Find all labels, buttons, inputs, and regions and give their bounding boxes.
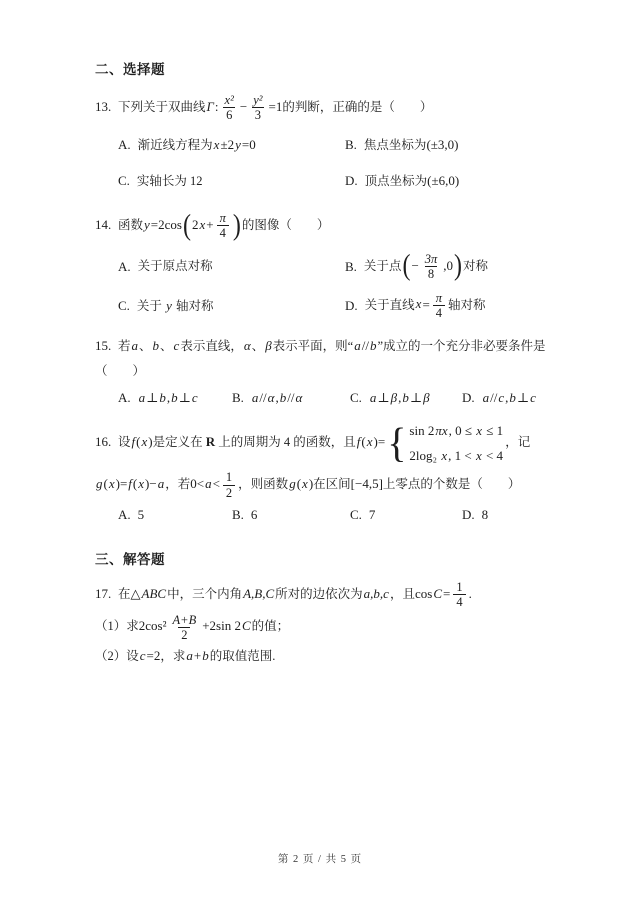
- question-15-number: 15.: [95, 335, 118, 356]
- option-16-B-text: 6: [251, 504, 258, 526]
- question-16-stem-line-2: g(x)=f(x)−a，若0<a<12，则函数g(x)在区间[−4,5]上零点的…: [95, 470, 560, 500]
- option-14-C-label: C.: [118, 295, 130, 316]
- option-15-D-text: a//c,b⊥c: [482, 387, 537, 409]
- question-17-part-2-text: （2）设c=2，求a+b的取值范围.: [95, 649, 275, 663]
- question-14-number: 14.: [95, 214, 118, 235]
- option-16-D-label: D.: [462, 504, 475, 525]
- option-14-B-label: B.: [345, 256, 357, 277]
- question-15-options-row: A.a⊥b,b⊥c B.a//α,b//α C.a⊥β,b⊥β D.a//c,b…: [118, 387, 560, 409]
- question-17: 17.在△ABC中，三个内角A,B,C所对的边依次为a,b,c，且cosC=14…: [95, 580, 560, 667]
- question-15-answer-blank: （ ）: [95, 364, 145, 378]
- option-16-B: B.6: [232, 504, 350, 526]
- question-13-number: 13.: [95, 96, 118, 117]
- option-14-A-label: A.: [118, 256, 131, 277]
- option-14-D-label: D.: [345, 295, 358, 316]
- page-content: 二、选择题 13.下列关于双曲线Γ:x²6−y²3=1的判断，正确的是（ ） A…: [0, 0, 640, 667]
- section-choice-title: 二、选择题: [95, 58, 560, 78]
- option-13-C-text: 实轴长为 12: [137, 171, 203, 192]
- option-13-D: D.顶点坐标为(±6,0): [345, 170, 459, 192]
- option-13-D-label: D.: [345, 170, 358, 191]
- option-16-A-label: A.: [118, 504, 131, 525]
- option-15-A-text: a⊥b,b⊥c: [138, 387, 199, 409]
- option-14-C: C.关于 y 轴对称: [118, 295, 345, 317]
- question-16-options-row: A.5 B.6 C.7 D.8: [118, 504, 560, 526]
- option-14-D-text: 关于直线x=π4轴对称: [365, 291, 486, 321]
- option-15-B-text: a//α,b//α: [251, 387, 303, 409]
- option-15-A: A.a⊥b,b⊥c: [118, 387, 232, 409]
- question-17-part-1: （1）求2cos²A+B2+2sin 2C的值；: [95, 613, 560, 643]
- question-15: 15.若a、b、c表示直线，α、β表示平面，则“a//b”成立的一个充分非必要条…: [95, 335, 560, 408]
- question-13-options-row-1: A.渐近线方程为x±2y=0 B.焦点坐标为(±3,0): [118, 134, 560, 156]
- option-15-B-label: B.: [232, 387, 244, 408]
- question-15-stem: 15.若a、b、c表示直线，α、β表示平面，则“a//b”成立的一个充分非必要条…: [95, 335, 560, 357]
- option-14-C-text: 关于 y 轴对称: [137, 295, 214, 317]
- option-13-A: A.渐近线方程为x±2y=0: [118, 134, 345, 156]
- question-14-stem-text: 函数y=2cos(2x+π4)的图像（ ）: [118, 218, 329, 232]
- question-15-stem-text: 若a、b、c表示直线，α、β表示平面，则“a//b”成立的一个充分非必要条件是: [118, 339, 546, 353]
- option-15-C-label: C.: [350, 387, 362, 408]
- option-13-A-label: A.: [118, 134, 131, 155]
- option-13-C-label: C.: [118, 170, 130, 191]
- option-16-D: D.8: [462, 504, 488, 526]
- question-17-stem: 17.在△ABC中，三个内角A,B,C所对的边依次为a,b,c，且cosC=14…: [95, 580, 560, 610]
- question-16-stem-line-1: 16.设f(x)是定义在 R 上的周期为 4 的函数，且f(x)={sin 2π…: [95, 420, 560, 466]
- question-14-options-row-1: A.关于原点对称 B.关于点(−3π8,0)对称: [118, 252, 560, 282]
- option-15-C-text: a⊥β,b⊥β: [369, 387, 431, 409]
- question-16: 16.设f(x)是定义在 R 上的周期为 4 的函数，且f(x)={sin 2π…: [95, 420, 560, 526]
- question-13: 13.下列关于双曲线Γ:x²6−y²3=1的判断，正确的是（ ） A.渐近线方程…: [95, 93, 560, 192]
- option-14-B-text: 关于点(−3π8,0)对称: [364, 252, 488, 282]
- option-13-B: B.焦点坐标为(±3,0): [345, 134, 458, 156]
- question-14-options-row-2: C.关于 y 轴对称 D.关于直线x=π4轴对称: [118, 291, 560, 321]
- question-16-stem-text-1: 设f(x)是定义在 R 上的周期为 4 的函数，且f(x)={sin 2πx, …: [118, 435, 530, 449]
- option-15-D-label: D.: [462, 387, 475, 408]
- option-16-C: C.7: [350, 504, 462, 526]
- option-13-C: C.实轴长为 12: [118, 170, 345, 191]
- option-13-A-text: 渐近线方程为x±2y=0: [138, 134, 256, 156]
- exam-page: 二、选择题 13.下列关于双曲线Γ:x²6−y²3=1的判断，正确的是（ ） A…: [0, 0, 640, 667]
- option-15-B: B.a//α,b//α: [232, 387, 350, 409]
- section-answer-title: 三、解答题: [95, 548, 560, 568]
- option-16-B-label: B.: [232, 504, 244, 525]
- question-17-stem-text: 在△ABC中，三个内角A,B,C所对的边依次为a,b,c，且cosC=14.: [118, 587, 472, 601]
- option-16-C-label: C.: [350, 504, 362, 525]
- question-17-number: 17.: [95, 583, 118, 604]
- option-16-A-text: 5: [138, 504, 145, 526]
- option-16-D-text: 8: [482, 504, 489, 526]
- option-14-D: D.关于直线x=π4轴对称: [345, 291, 486, 321]
- option-13-D-text: 顶点坐标为(±6,0): [365, 170, 460, 192]
- option-13-B-text: 焦点坐标为(±3,0): [364, 134, 459, 156]
- option-15-D: D.a//c,b⊥c: [462, 387, 537, 409]
- option-16-C-text: 7: [369, 504, 376, 526]
- page-footer: 第 2 页 / 共 5 页: [0, 851, 640, 866]
- option-13-B-label: B.: [345, 134, 357, 155]
- question-16-number: 16.: [95, 431, 118, 452]
- question-17-part-1-text: （1）求2cos²A+B2+2sin 2C的值；: [95, 619, 289, 633]
- question-14-stem: 14.函数y=2cos(2x+π4)的图像（ ）: [95, 211, 560, 241]
- question-17-part-2: （2）设c=2，求a+b的取值范围.: [95, 645, 560, 667]
- question-15-stem-line-2: （ ）: [95, 361, 560, 382]
- option-14-A: A.关于原点对称: [118, 256, 345, 277]
- question-13-options-row-2: C.实轴长为 12 D.顶点坐标为(±6,0): [118, 170, 560, 192]
- question-13-stem: 13.下列关于双曲线Γ:x²6−y²3=1的判断，正确的是（ ）: [95, 93, 560, 123]
- question-14: 14.函数y=2cos(2x+π4)的图像（ ） A.关于原点对称 B.关于点(…: [95, 211, 560, 320]
- option-14-B: B.关于点(−3π8,0)对称: [345, 252, 488, 282]
- option-15-C: C.a⊥β,b⊥β: [350, 387, 462, 409]
- option-15-A-label: A.: [118, 387, 131, 408]
- option-16-A: A.5: [118, 504, 232, 526]
- question-16-stem-text-2: g(x)=f(x)−a，若0<a<12，则函数g(x)在区间[−4,5]上零点的…: [95, 477, 520, 491]
- option-14-A-text: 关于原点对称: [138, 256, 213, 277]
- question-13-stem-text: 下列关于双曲线Γ:x²6−y²3=1的判断，正确的是（ ）: [118, 100, 432, 114]
